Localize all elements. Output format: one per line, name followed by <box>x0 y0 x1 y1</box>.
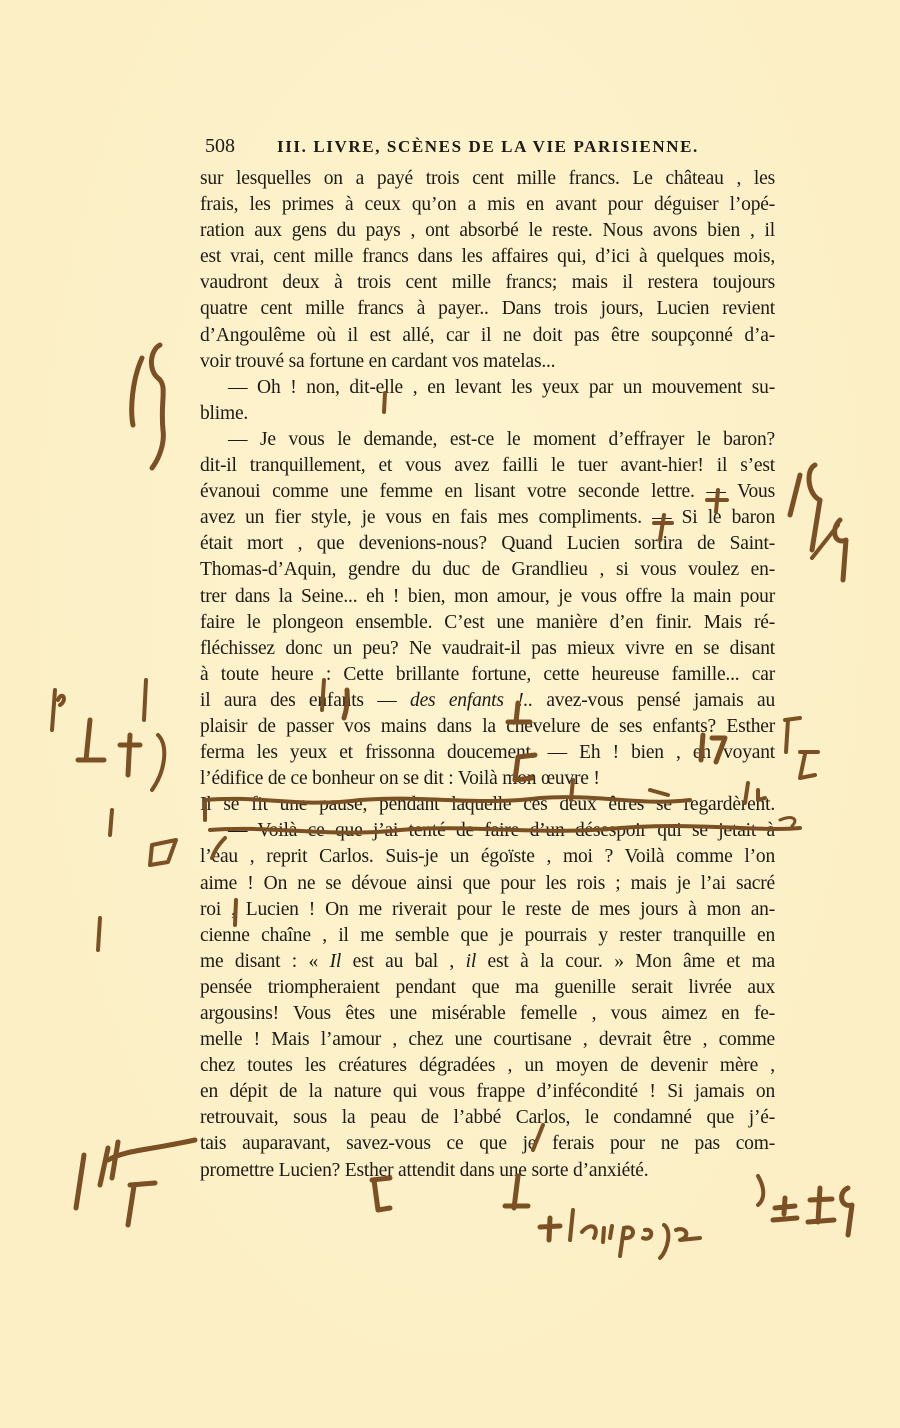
text-span: est à la cour. » Mon âme et ma <box>476 951 775 972</box>
running-title: III. LIVRE, SCÈNES DE LA VIE PARISIENNE. <box>277 134 699 160</box>
text-line: dit-il tranquillement, et vous avez fail… <box>200 453 775 479</box>
text-span: est au bal , <box>341 951 466 972</box>
text-line: argousins! Vous êtes une misérable femel… <box>200 1001 775 1027</box>
text-line: en dépit de la nature qui vous frappe d’… <box>200 1079 775 1105</box>
text-line: avez un fier style, je vous en fais mes … <box>200 505 775 531</box>
text-line: tais auparavant, savez-vous ce que je fe… <box>200 1131 775 1157</box>
text-line: était mort , que devenions-nous? Quand L… <box>200 531 775 557</box>
text-line: ferma les yeux et frissonna doucement. —… <box>200 740 775 766</box>
text-line: frais, les primes à ceux qu’on a mis en … <box>200 192 775 218</box>
text-line: — Voilà ce que j’ai tenté de faire d’un … <box>200 818 775 844</box>
text-line: sur lesquelles on a payé trois cent mill… <box>200 166 775 192</box>
text-line: il aura des enfants — des enfants !.. av… <box>200 688 775 714</box>
body-text: sur lesquelles on a payé trois cent mill… <box>200 166 775 1184</box>
page-number: 508 <box>205 133 235 159</box>
text-line: l’eau , reprit Carlos. Suis-je un égoïst… <box>200 844 775 870</box>
text-line: quatre cent mille francs à payer.. Dans … <box>200 296 775 322</box>
text-line: pensée triompheraient pendant que ma gue… <box>200 975 775 1001</box>
italic-span: des enfants !.. <box>410 690 533 711</box>
text-line: plaisir de passer vos mains dans la chev… <box>200 714 775 740</box>
text-line: Thomas-d’Aquin, gendre du duc de Grandli… <box>200 557 775 583</box>
text-line: voir trouvé sa fortune en cardant vos ma… <box>200 349 775 375</box>
text-line: promettre Lucien? Esther attendit dans u… <box>200 1158 775 1184</box>
text-line: est vrai, cent mille francs dans les aff… <box>200 244 775 270</box>
text-span: il aura des enfants — <box>200 690 410 711</box>
text-line: Il se fit une pause, pendant laquelle ce… <box>200 792 775 818</box>
text-line: l’édifice de ce bonheur on se dit : Voil… <box>200 766 775 792</box>
text-line: trer dans la Seine... eh ! bien, mon amo… <box>200 584 775 610</box>
text-line: me disant : « Il est au bal , il est à l… <box>200 949 775 975</box>
text-line: — Oh ! non, dit-elle , en levant les yeu… <box>200 375 775 401</box>
text-line: roi , Lucien ! On me riverait pour le re… <box>200 897 775 923</box>
running-head: 508 III. LIVRE, SCÈNES DE LA VIE PARISIE… <box>205 133 775 159</box>
text-line: faire le plongeon ensemble. C’est une ma… <box>200 610 775 636</box>
text-line: à toute heure : Cette brillante fortune,… <box>200 662 775 688</box>
text-line: évanoui comme une femme en lisant votre … <box>200 479 775 505</box>
text-span: avez-vous pensé jamais au <box>533 690 775 711</box>
text-line: ration aux gens du pays , ont absorbé le… <box>200 218 775 244</box>
italic-span: Il <box>330 951 342 972</box>
text-line: cienne chaîne , il me semble que je pour… <box>200 923 775 949</box>
text-line: fléchissez donc un peu? Ne vaudrait-il p… <box>200 636 775 662</box>
text-line: melle ! Mais l’amour , chez une courtisa… <box>200 1027 775 1053</box>
text-line: chez toutes les créatures dégradées , un… <box>200 1053 775 1079</box>
text-line: blime. <box>200 401 775 427</box>
text-line: vaudront deux à trois cent mille francs;… <box>200 270 775 296</box>
text-line: aime ! On ne se dévoue ainsi que pour le… <box>200 871 775 897</box>
text-span: me disant : « <box>200 951 330 972</box>
book-page: 508 III. LIVRE, SCÈNES DE LA VIE PARISIE… <box>0 0 900 1428</box>
italic-span: il <box>466 951 476 972</box>
text-line: d’Angoulême où il est allé, car il ne do… <box>200 323 775 349</box>
text-line: retrouvait, sous la peau de l’abbé Carlo… <box>200 1105 775 1131</box>
text-line: — Je vous le demande, est-ce le moment d… <box>200 427 775 453</box>
